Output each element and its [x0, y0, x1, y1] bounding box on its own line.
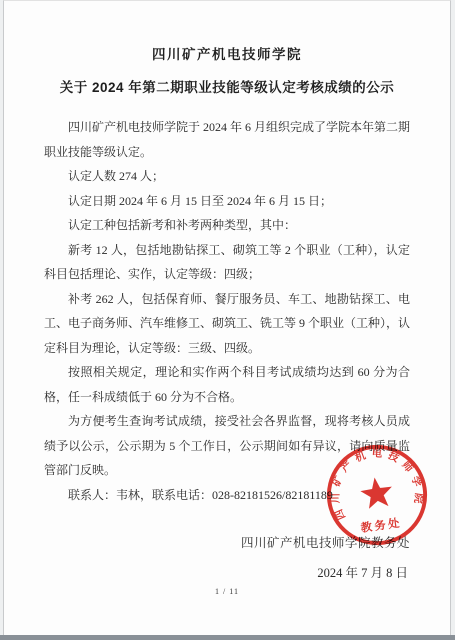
document-page: 四川矿产机电技师学院 关于 2024 年第二期职业技能等级认定考核成绩的公示 四…: [3, 0, 451, 635]
paragraph: 认定日期 2024 年 6 月 15 日至 2024 年 6 月 15 日；: [44, 189, 410, 214]
paragraph: 新考 12 人，包括地勘钻探工、砌筑工等 2 个职业（工种），认定科目包括理论、…: [44, 238, 410, 287]
document-viewer: { "document": { "org_title": "四川矿产机电技师学院…: [0, 0, 455, 640]
signature-office: 四川矿产机电技师学院教务处: [44, 533, 410, 551]
paragraph: 联系人：韦林，联系电话：028-82181526/82181189: [44, 483, 410, 508]
viewer-bottom-bar: [0, 635, 455, 640]
document-content: 四川矿产机电技师学院 关于 2024 年第二期职业技能等级认定考核成绩的公示 四…: [4, 43, 450, 581]
subject-title: 关于 2024 年第二期职业技能等级认定考核成绩的公示: [44, 76, 410, 96]
paragraph: 为方便考生查询考试成绩，接受社会各界监督，现将考核人员成绩予以公示，公示期为 5…: [44, 409, 410, 483]
signature-date: 2024 年 7 月 8 日: [44, 563, 408, 581]
paragraph: 认定人数 274 人；: [44, 164, 410, 189]
paragraph: 按照相关规定，理论和实作两个科目考试成绩均达到 60 分为合格，任一科成绩低于 …: [44, 360, 410, 409]
page-number: 1 / 11: [4, 587, 450, 596]
paragraph-list: 四川矿产机电技师学院于 2024 年 6 月组织完成了学院本年第二期职业技能等级…: [44, 115, 410, 507]
paragraph: 四川矿产机电技师学院于 2024 年 6 月组织完成了学院本年第二期职业技能等级…: [44, 115, 410, 164]
signature-block: 四川矿产机电技师学院教务处 2024 年 7 月 8 日: [44, 533, 410, 581]
paragraph: 认定工种包括新考和补考两种类型，其中：: [44, 213, 410, 238]
org-title: 四川矿产机电技师学院: [44, 43, 410, 63]
paragraph: 补考 262 人，包括保育师、餐厅服务员、车工、地勘钻探工、电工、电子商务师、汽…: [44, 287, 410, 361]
